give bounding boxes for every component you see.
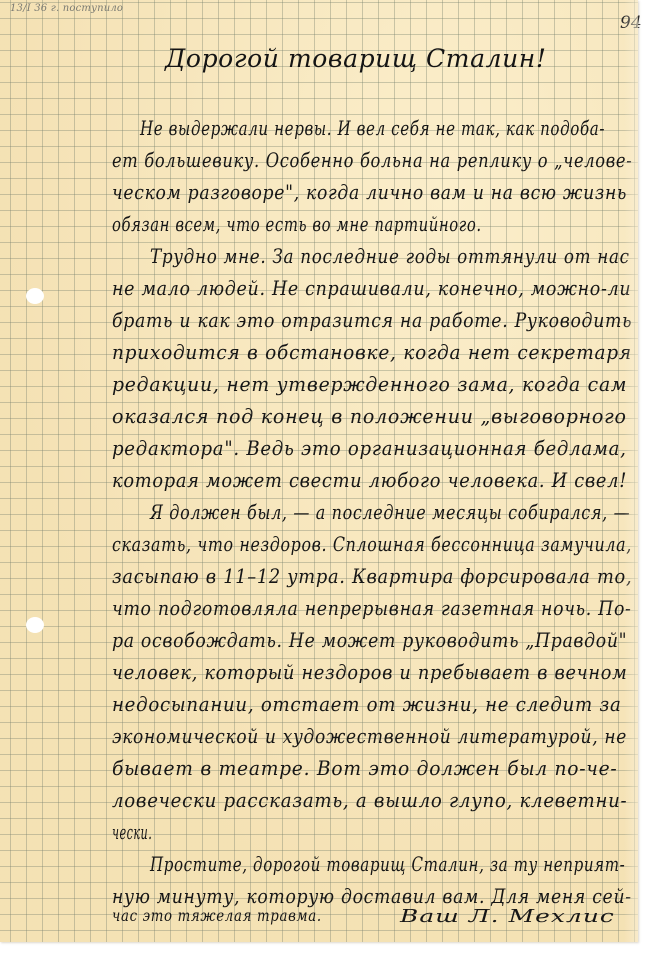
letter-sheet: 13/I 36 г. поступило 94 Дорогой товарищ … <box>0 0 638 942</box>
letter-line: которая может свести любого человека. И … <box>112 468 627 492</box>
salutation: Дорогой товарищ Сталин! <box>165 44 547 73</box>
letter-line: недосыпании, отстает от жизни, не следит… <box>112 692 622 716</box>
letter-line: сказать, что нездоров. Сплошная бессонни… <box>112 532 632 556</box>
letter-line: брать и как это отразится на работе. Рук… <box>112 308 632 332</box>
letter-line: ную минуту, которую доставил вам. Для ме… <box>112 884 632 908</box>
letter-line: человек, который нездоров и пребывает в … <box>112 660 627 684</box>
punch-hole <box>26 617 44 633</box>
letter-line: чески. <box>112 820 152 844</box>
letter-line: не мало людей. Не спрашивали, конечно, м… <box>112 276 631 300</box>
letter-line: засыпаю в 11–12 утра. Квартира форсирова… <box>112 564 632 588</box>
letter-line: Простите, дорогой товарищ Сталин, за ту … <box>150 852 625 876</box>
letter-line: обязан всем, что есть во мне партийного. <box>112 212 482 236</box>
archive-receipt-note: 13/I 36 г. поступило <box>10 3 123 14</box>
letter-line: редактора". Ведь это организационная бед… <box>112 436 627 460</box>
letter-line: что подготовляла непрерывная газетная но… <box>112 596 632 620</box>
letter-line: Трудно мне. За последние годы оттянули о… <box>150 244 630 268</box>
letter-line: бывает в театре. Вот это должен был по-ч… <box>112 756 617 780</box>
letter-line: приходится в обстановке, когда нет секре… <box>112 340 632 364</box>
letter-line: ловечески рассказать, а вышло глупо, кле… <box>112 788 627 812</box>
letter-line: ра освобождать. Не может руководить „Пра… <box>112 628 627 652</box>
letter-line: экономической и художественной литератур… <box>112 724 627 748</box>
punch-hole <box>26 288 44 304</box>
letter-line: час это тяжелая травма. <box>112 906 322 925</box>
letter-line: ет большевику. Особенно больна на реплик… <box>112 148 632 172</box>
letter-line: оказался под конец в положении „выговорн… <box>112 404 627 428</box>
signature: Ваш Л. Мехлис <box>400 906 615 927</box>
letter-line: Я должен был, — а последние месяцы собир… <box>150 500 630 524</box>
sheet-number: 94 <box>620 13 642 33</box>
letter-line: ческом разговоре", когда лично вам и на … <box>112 180 627 204</box>
letter-line: редакции, нет утвержденного зама, когда … <box>112 372 627 396</box>
letter-line: Не выдержали нервы. И вел себя не так, к… <box>140 116 605 140</box>
